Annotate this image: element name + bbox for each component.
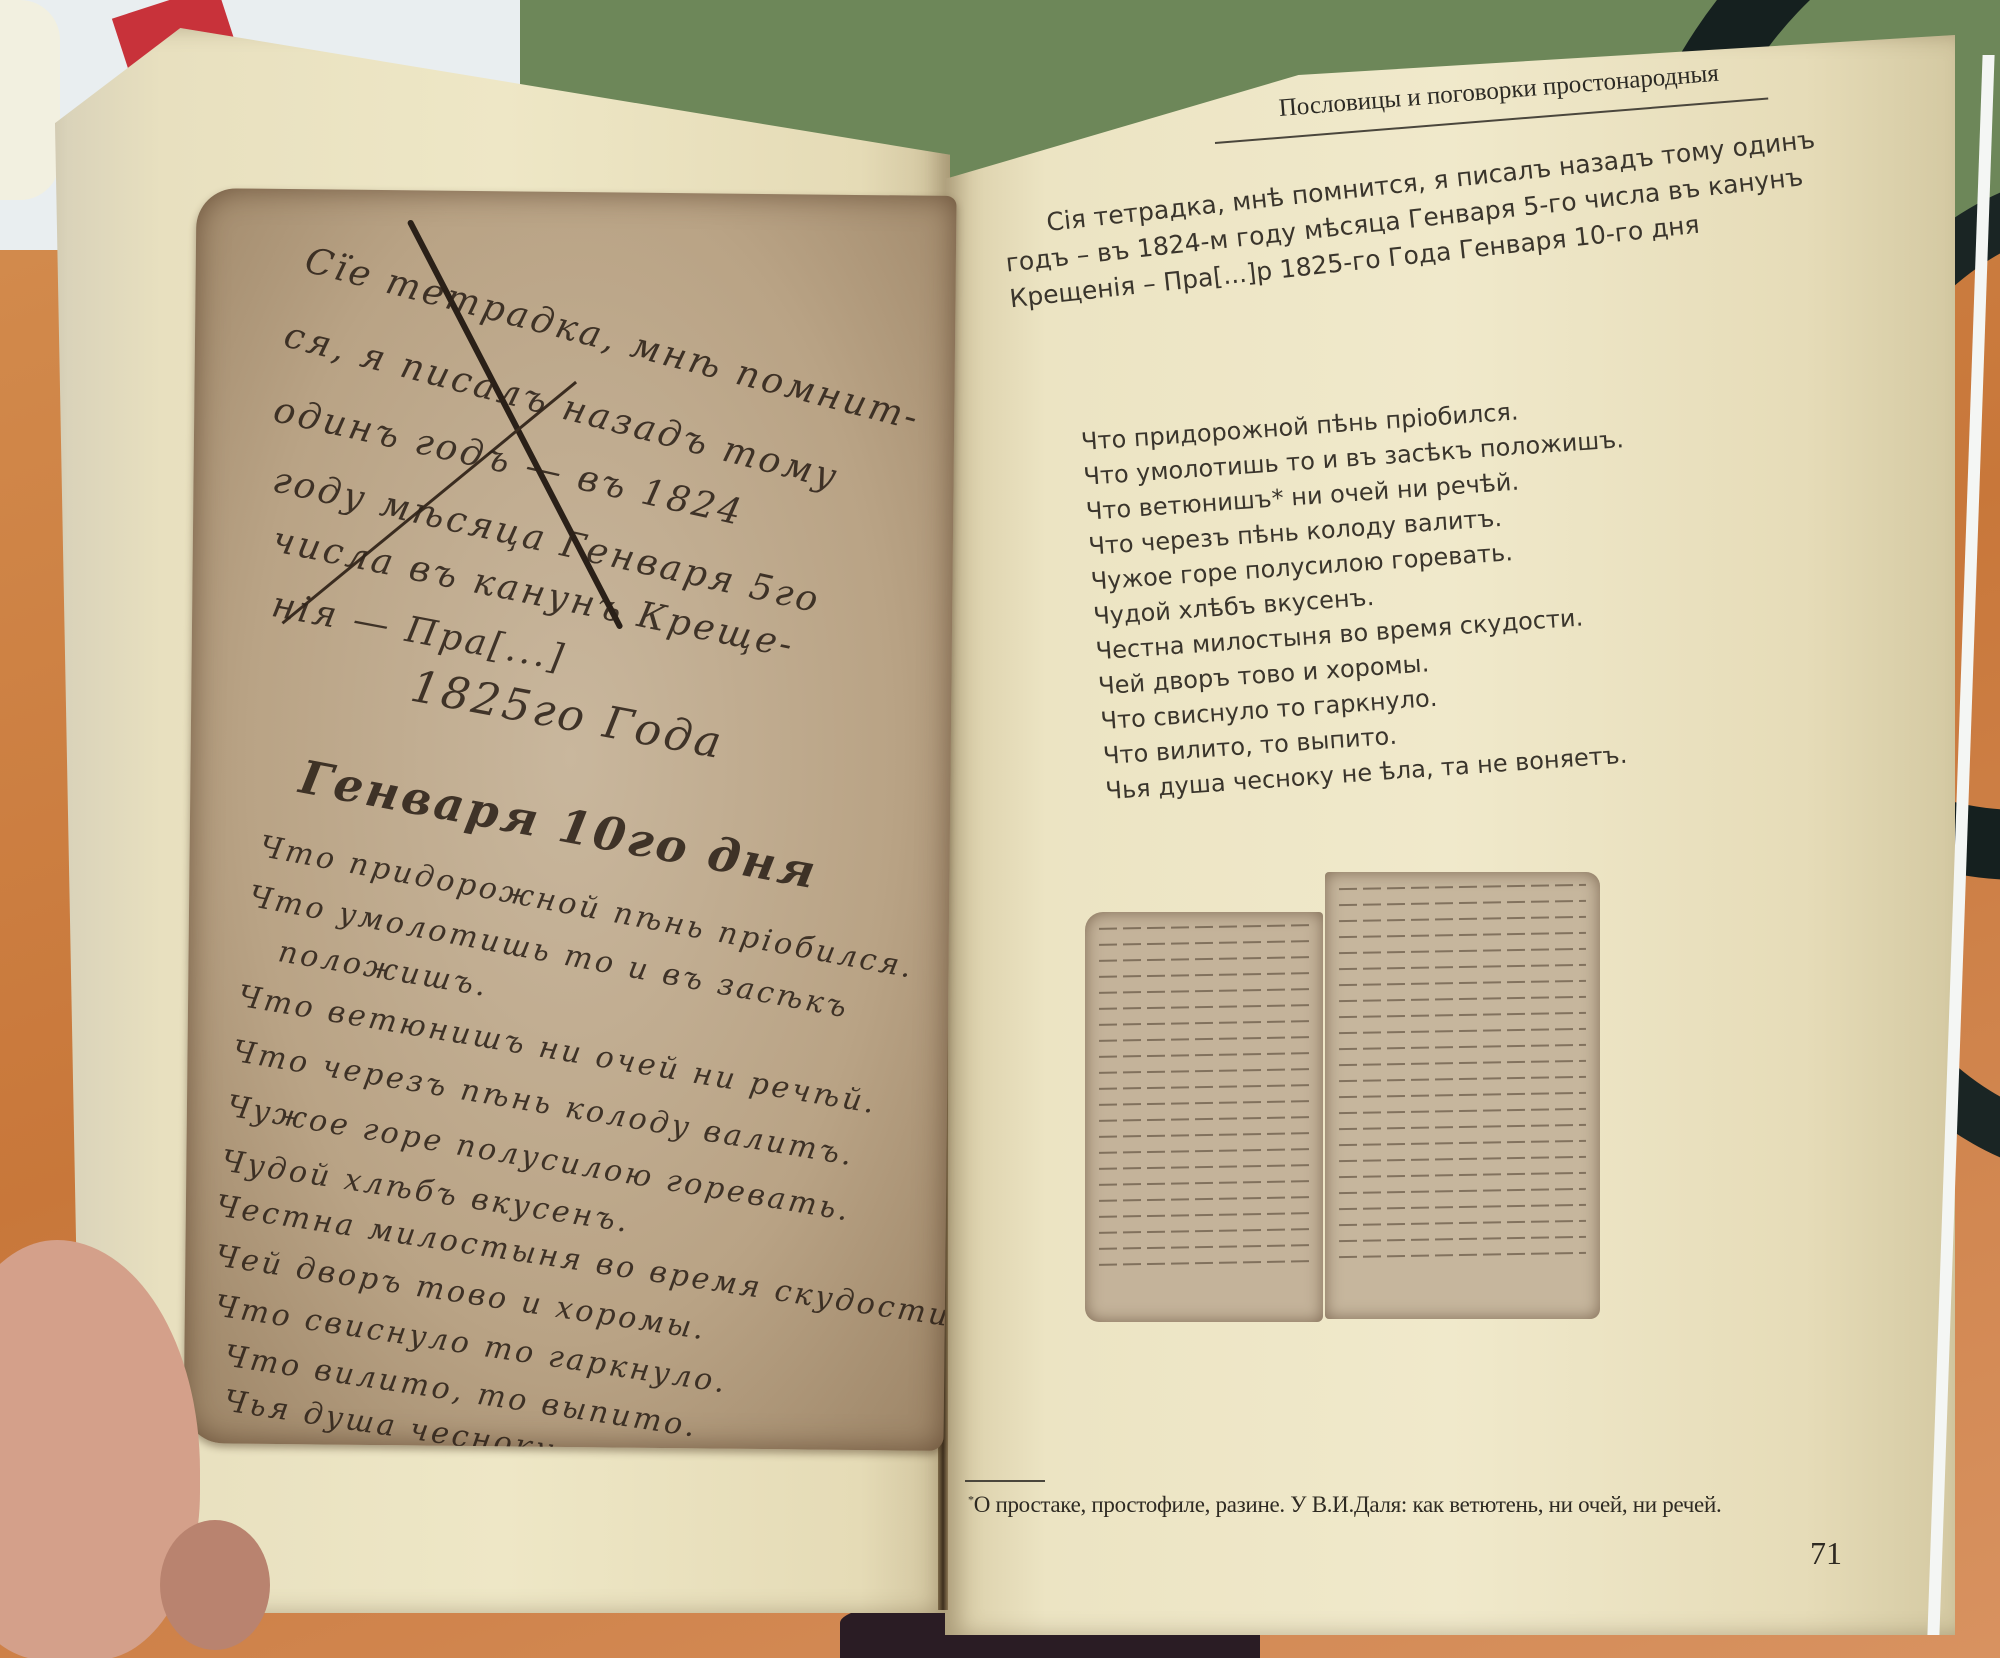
- facsimile-handwriting-line: [1099, 1116, 1309, 1122]
- facsimile-right-leaf: [1325, 872, 1600, 1319]
- facsimile-handwriting-line: [1099, 940, 1309, 946]
- facsimile-handwriting-line: [1099, 1052, 1309, 1058]
- footnote: *О простаке, простофиле, разине. У В.И.Д…: [968, 1492, 1721, 1518]
- facsimile-handwriting-line: [1099, 1212, 1309, 1218]
- manuscript-facsimile-large: Сїе тетрадка, мнѣ помнит- ся, я писалъ н…: [183, 188, 956, 1451]
- facsimile-handwriting-line: [1339, 1028, 1586, 1034]
- facsimile-handwriting-line: [1339, 900, 1586, 906]
- facsimile-handwriting-line: [1099, 1036, 1309, 1042]
- handwritten-line: 1825го Года: [407, 661, 728, 770]
- facsimile-handwriting-line: [1099, 1148, 1309, 1154]
- facsimile-handwriting-line: [1099, 1196, 1309, 1202]
- facsimile-handwriting-line: [1339, 932, 1586, 938]
- facsimile-handwriting-line: [1099, 1244, 1309, 1250]
- facsimile-handwriting-line: [1339, 980, 1586, 986]
- facsimile-handwriting-line: [1099, 988, 1309, 994]
- facsimile-handwriting-line: [1339, 1236, 1586, 1242]
- facsimile-handwriting-line: [1339, 1156, 1586, 1162]
- facsimile-handwriting-line: [1099, 972, 1309, 978]
- facsimile-handwriting-line: [1339, 996, 1586, 1002]
- facsimile-handwriting-line: [1099, 1068, 1309, 1074]
- facsimile-handwriting-line: [1339, 1140, 1586, 1146]
- facsimile-handwriting-line: [1099, 1228, 1309, 1234]
- facsimile-handwriting-line: [1099, 924, 1309, 930]
- page-number: 71: [1810, 1535, 1842, 1572]
- facsimile-handwriting-line: [1099, 1084, 1309, 1090]
- proverb-list: Что придорожной пѣнь пріобился. Что умол…: [1080, 387, 1647, 809]
- hand-finger: [160, 1520, 270, 1650]
- footnote-text: О простаке, простофиле, разине. У В.И.Да…: [974, 1492, 1722, 1517]
- facsimile-handwriting-line: [1099, 1100, 1309, 1106]
- facsimile-handwriting-line: [1099, 1020, 1309, 1026]
- footnote-rule: [965, 1480, 1045, 1482]
- facsimile-handwriting-line: [1339, 1092, 1586, 1098]
- facsimile-handwriting-line: [1339, 1252, 1586, 1258]
- facsimile-handwriting-line: [1339, 884, 1586, 890]
- facsimile-handwriting-line: [1339, 1172, 1586, 1178]
- facsimile-handwriting-line: [1339, 1044, 1586, 1050]
- facsimile-handwriting-line: [1339, 1188, 1586, 1194]
- facsimile-handwriting-line: [1099, 1132, 1309, 1138]
- facsimile-handwriting-line: [1339, 948, 1586, 954]
- facsimile-handwriting-line: [1099, 956, 1309, 962]
- facsimile-handwriting-line: [1099, 1260, 1309, 1266]
- facsimile-handwriting-line: [1339, 1204, 1586, 1210]
- manuscript-facsimile-small: [1085, 872, 1605, 1327]
- facsimile-left-leaf: [1085, 912, 1323, 1322]
- facsimile-handwriting-line: [1339, 916, 1586, 922]
- facsimile-handwriting-line: [1339, 1108, 1586, 1114]
- facsimile-handwriting-line: [1339, 1076, 1586, 1082]
- background-cup: [0, 0, 60, 200]
- facsimile-handwriting-line: [1099, 1164, 1309, 1170]
- facsimile-handwriting-line: [1339, 964, 1586, 970]
- facsimile-handwriting-line: [1339, 1124, 1586, 1130]
- facsimile-handwriting-line: [1339, 1220, 1586, 1226]
- facsimile-handwriting-line: [1339, 1012, 1586, 1018]
- facsimile-handwriting-line: [1099, 1004, 1309, 1010]
- facsimile-handwriting-line: [1339, 1060, 1586, 1066]
- facsimile-handwriting-line: [1099, 1180, 1309, 1186]
